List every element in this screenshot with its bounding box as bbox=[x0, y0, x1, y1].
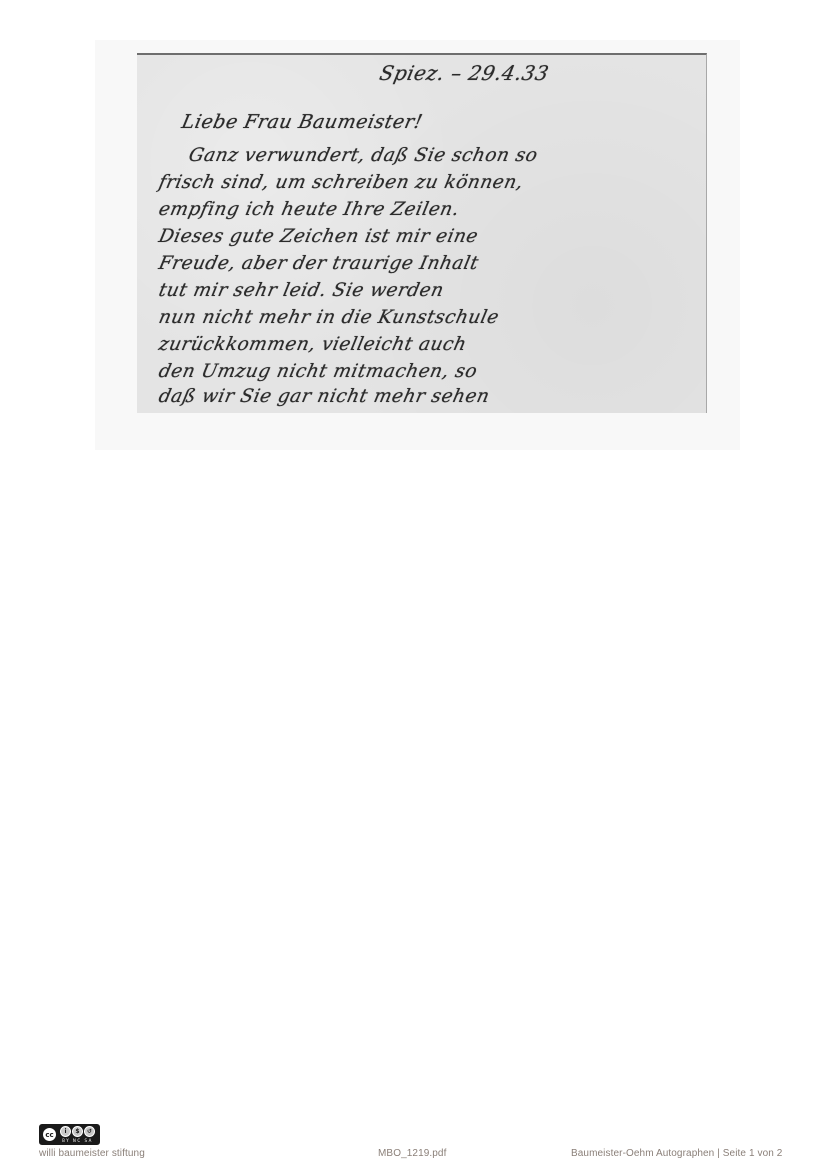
cc-icon: cc bbox=[41, 1126, 58, 1143]
by-icon: i bbox=[60, 1126, 71, 1137]
footer-page-info: Baumeister-Oehm Autographen | Seite 1 vo… bbox=[571, 1148, 782, 1159]
license-labels: BY NC SA bbox=[62, 1138, 93, 1143]
license-badges: i $ ↺ BY NC SA bbox=[60, 1126, 95, 1143]
letter-line: Ganz verwundert, daß Sie schon so bbox=[187, 145, 540, 166]
handwritten-postcard: Spiez. – 29.4.33 Liebe Frau Baumeister! … bbox=[137, 53, 707, 413]
sa-icon: ↺ bbox=[84, 1126, 95, 1137]
letter-line: den Umzug nicht mitmachen, so bbox=[157, 361, 479, 382]
footer-organization: willi baumeister stiftung bbox=[39, 1148, 145, 1159]
letter-line: frisch sind, um schreiben zu können, bbox=[157, 172, 526, 193]
letter-line: empfing ich heute Ihre Zeilen. bbox=[157, 199, 462, 220]
letter-line: Freude, aber der traurige Inhalt bbox=[157, 253, 481, 274]
letter-line: tut mir sehr leid. Sie werden bbox=[157, 280, 446, 301]
letter-line: nun nicht mehr in die Kunstschule bbox=[157, 307, 501, 328]
nc-icon: $ bbox=[72, 1126, 83, 1137]
letter-place-date: Spiez. – 29.4.33 bbox=[377, 61, 551, 85]
letter-line: Dieses gute Zeichen ist mir eine bbox=[157, 226, 480, 247]
letter-greeting: Liebe Frau Baumeister! bbox=[180, 111, 425, 133]
footer-filename: MBO_1219.pdf bbox=[378, 1148, 446, 1159]
cc-by-nc-sa-icon[interactable]: cc i $ ↺ BY NC SA bbox=[39, 1124, 100, 1145]
letter-line: zurückkommen, vielleicht auch bbox=[157, 334, 469, 355]
letter-line: daß wir Sie gar nicht mehr sehen bbox=[157, 386, 492, 407]
